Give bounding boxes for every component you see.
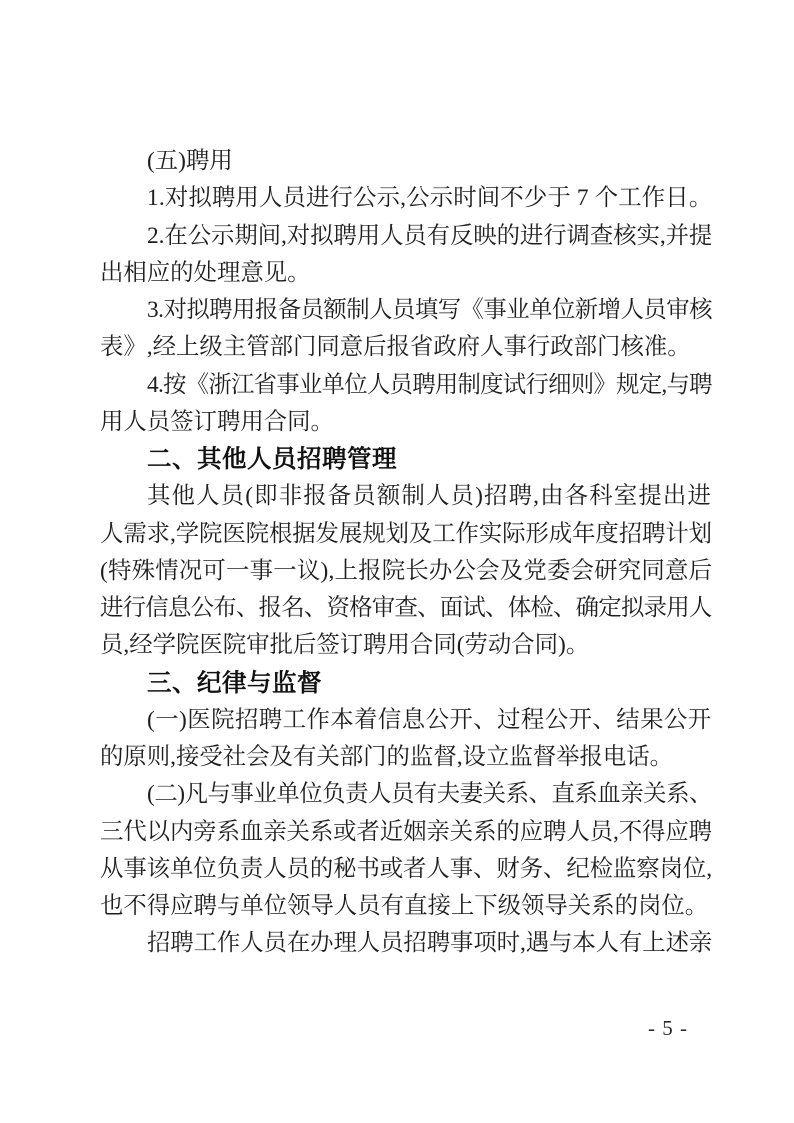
text-line: (二)凡与事业单位负责人员有夫妻关系、直系血亲关系、 (100, 776, 712, 813)
text-line-content: 1.对拟聘用人员进行公示,公示时间不少于 7 个工作日。 (147, 180, 712, 217)
text-line: (特殊情况可一事一议),上报院长办公会及党委会研究同意后 (100, 553, 712, 590)
document-body: (五)聘用1.对拟聘用人员进行公示,公示时间不少于 7 个工作日。2.在公示期间… (100, 143, 712, 963)
text-line-content: 3.对拟聘用报备员额制人员填写《事业单位新增人员审核 (147, 292, 712, 329)
page-number: - 5 - (648, 1016, 688, 1041)
section-heading: 三、纪律与监督 (100, 665, 712, 702)
text-line: 表》,经上级主管部门同意后报省政府人事行政部门核准。 (100, 329, 712, 366)
text-line: 的原则,接受社会及有关部门的监督,设立监督举报电话。 (100, 739, 712, 776)
text-line-content: 三代以内旁系血亲关系或者近姻亲关系的应聘人员,不得应聘 (100, 814, 712, 851)
text-line-content: (一)医院招聘工作本着信息公开、过程公开、结果公开 (147, 702, 712, 739)
text-line: 出相应的处理意见。 (100, 255, 712, 292)
text-line: (一)医院招聘工作本着信息公开、过程公开、结果公开 (100, 702, 712, 739)
text-line-content: (五)聘用 (147, 143, 233, 180)
text-line-content: (二)凡与事业单位负责人员有夫妻关系、直系血亲关系、 (147, 776, 712, 813)
text-line: 招聘工作人员在办理人员招聘事项时,遇与本人有上述亲 (100, 925, 712, 962)
text-line: 其他人员(即非报备员额制人员)招聘,由各科室提出进 (100, 478, 712, 515)
text-line: 也不得应聘与单位领导人员有直接上下级领导关系的岗位。 (100, 888, 712, 925)
text-line: 3.对拟聘用报备员额制人员填写《事业单位新增人员审核 (100, 292, 712, 329)
text-line: 从事该单位负责人员的秘书或者人事、财务、纪检监察岗位, (100, 851, 712, 888)
text-line: 用人员签订聘用合同。 (100, 404, 712, 441)
text-line-content: 出相应的处理意见。 (100, 255, 311, 292)
text-line: 进行信息公布、报名、资格审查、面试、体检、确定拟录用人 (100, 590, 712, 627)
text-line: 员,经学院医院审批后签订聘用合同(劳动合同)。 (100, 627, 712, 664)
section-heading: 二、其他人员招聘管理 (100, 441, 712, 478)
text-line: 2.在公示期间,对拟聘用人员有反映的进行调查核实,并提 (100, 218, 712, 255)
text-line-content: 用人员签订聘用合同。 (100, 404, 334, 441)
text-line-content: 二、其他人员招聘管理 (147, 441, 397, 478)
text-line: 人需求,学院医院根据发展规划及工作实际形成年度招聘计划 (100, 516, 712, 553)
text-line-content: 其他人员(即非报备员额制人员)招聘,由各科室提出进 (147, 478, 712, 515)
text-line: 三代以内旁系血亲关系或者近姻亲关系的应聘人员,不得应聘 (100, 814, 712, 851)
text-line-content: 三、纪律与监督 (147, 665, 322, 702)
text-line: (五)聘用 (100, 143, 712, 180)
text-line-content: 也不得应聘与单位领导人员有直接上下级领导关系的岗位。 (100, 888, 708, 925)
text-line-content: 的原则,接受社会及有关部门的监督,设立监督举报电话。 (100, 739, 673, 776)
text-line-content: 进行信息公布、报名、资格审查、面试、体检、确定拟录用人 (100, 590, 712, 627)
text-line: 4.按《浙江省事业单位人员聘用制度试行细则》规定,与聘 (100, 367, 712, 404)
text-line-content: 表》,经上级主管部门同意后报省政府人事行政部门核准。 (100, 329, 691, 366)
text-line-content: 4.按《浙江省事业单位人员聘用制度试行细则》规定,与聘 (147, 367, 712, 404)
document-page: (五)聘用1.对拟聘用人员进行公示,公示时间不少于 7 个工作日。2.在公示期间… (0, 0, 794, 1123)
text-line-content: (特殊情况可一事一议),上报院长办公会及党委会研究同意后 (100, 553, 712, 590)
text-line-content: 2.在公示期间,对拟聘用人员有反映的进行调查核实,并提 (147, 218, 712, 255)
text-line-content: 招聘工作人员在办理人员招聘事项时,遇与本人有上述亲 (147, 925, 712, 962)
text-line-content: 从事该单位负责人员的秘书或者人事、财务、纪检监察岗位, (100, 851, 712, 888)
text-line-content: 人需求,学院医院根据发展规划及工作实际形成年度招聘计划 (100, 516, 712, 553)
text-line-content: 员,经学院医院审批后签订聘用合同(劳动合同)。 (100, 627, 589, 664)
text-line: 1.对拟聘用人员进行公示,公示时间不少于 7 个工作日。 (100, 180, 712, 217)
